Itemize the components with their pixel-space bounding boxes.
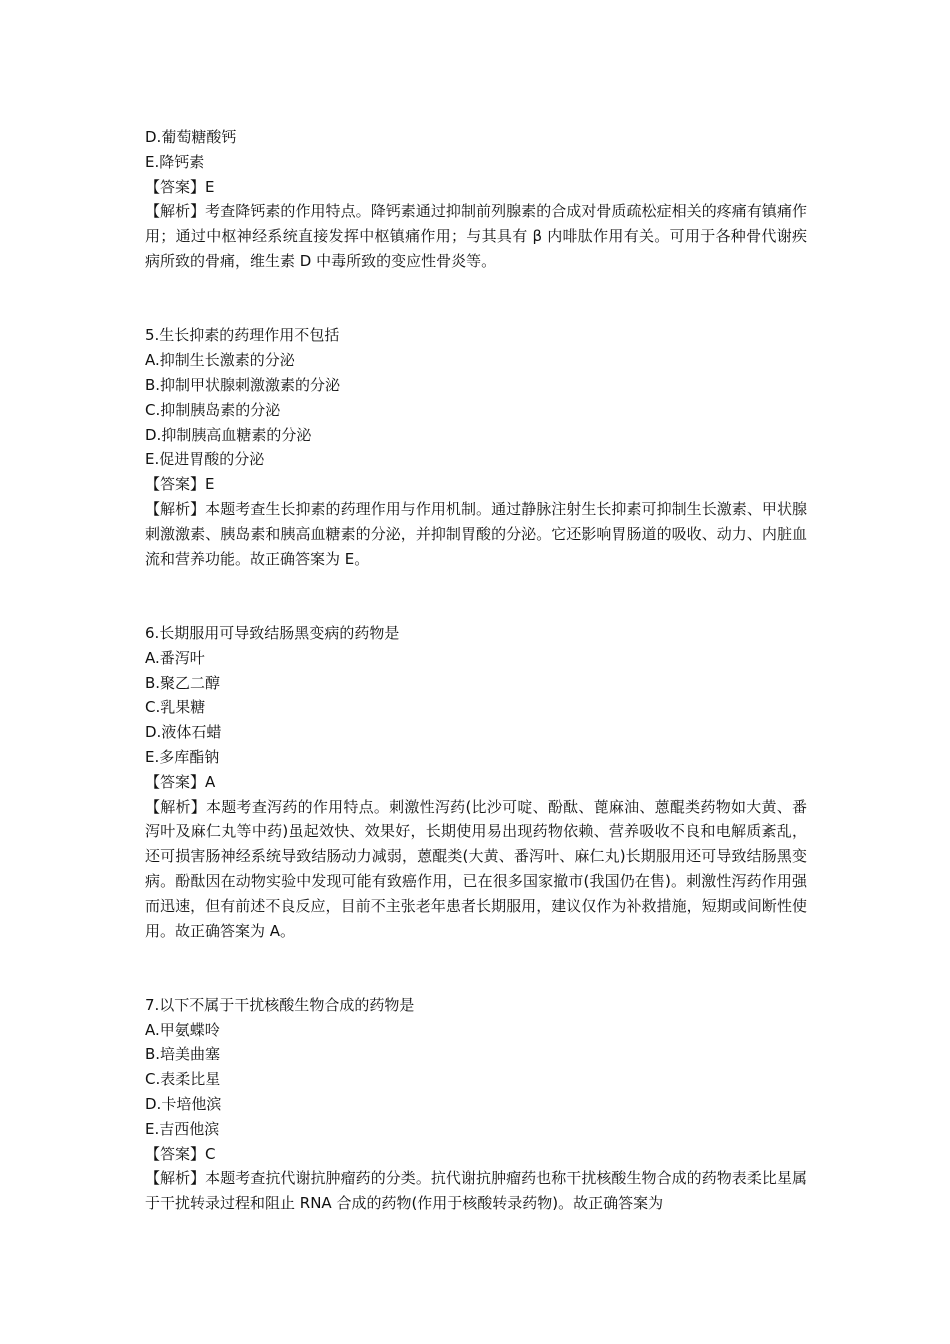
option-e: E.降钙素: [145, 150, 807, 175]
analysis: 【解析】本题考查生长抑素的药理作用与作用机制。通过静脉注射生长抑素可抑制生长激素…: [145, 497, 807, 571]
option-b: B.聚乙二醇: [145, 671, 807, 696]
question-block-6: 6.长期服用可导致结肠黑变病的药物是 A.番泻叶 B.聚乙二醇 C.乳果糖 D.…: [145, 621, 807, 943]
question-block-7: 7.以下不属于干扰核酸生物合成的药物是 A.甲氨蝶呤 B.培美曲塞 C.表柔比星…: [145, 993, 807, 1216]
option-b: B.抑制甲状腺刺激激素的分泌: [145, 373, 807, 398]
option-a: A.番泻叶: [145, 646, 807, 671]
analysis: 【解析】考查降钙素的作用特点。降钙素通过抑制前列腺素的合成对骨质疏松症相关的疼痛…: [145, 199, 807, 273]
question-stem: 6.长期服用可导致结肠黑变病的药物是: [145, 621, 807, 646]
option-d: D.卡培他滨: [145, 1092, 807, 1117]
analysis: 【解析】本题考查抗代谢抗肿瘤药的分类。抗代谢抗肿瘤药也称干扰核酸生物合成的药物表…: [145, 1166, 807, 1216]
option-a: A.抑制生长激素的分泌: [145, 348, 807, 373]
question-block-5: 5.生长抑素的药理作用不包括 A.抑制生长激素的分泌 B.抑制甲状腺刺激激素的分…: [145, 323, 807, 571]
question-stem: 7.以下不属于干扰核酸生物合成的药物是: [145, 993, 807, 1018]
answer: 【答案】C: [145, 1142, 807, 1167]
option-c: C.乳果糖: [145, 695, 807, 720]
option-b: B.培美曲塞: [145, 1042, 807, 1067]
analysis: 【解析】本题考查泻药的作用特点。刺激性泻药(比沙可啶、酚酞、蓖麻油、蒽醌类药物如…: [145, 795, 807, 944]
option-a: A.甲氨蝶呤: [145, 1018, 807, 1043]
option-d: D.液体石蜡: [145, 720, 807, 745]
question-stem: 5.生长抑素的药理作用不包括: [145, 323, 807, 348]
option-c: C.表柔比星: [145, 1067, 807, 1092]
option-e: E.促进胃酸的分泌: [145, 447, 807, 472]
spacer: [145, 274, 807, 324]
option-d: D.抑制胰高血糖素的分泌: [145, 423, 807, 448]
answer: 【答案】E: [145, 472, 807, 497]
answer: 【答案】A: [145, 770, 807, 795]
answer: 【答案】E: [145, 175, 807, 200]
option-e: E.吉西他滨: [145, 1117, 807, 1142]
option-c: C.抑制胰岛素的分泌: [145, 398, 807, 423]
document-page: D.葡萄糖酸钙 E.降钙素 【答案】E 【解析】考查降钙素的作用特点。降钙素通过…: [145, 125, 807, 1216]
spacer: [145, 571, 807, 621]
spacer: [145, 943, 807, 993]
option-d: D.葡萄糖酸钙: [145, 125, 807, 150]
option-e: E.多库酯钠: [145, 745, 807, 770]
question-block-4: D.葡萄糖酸钙 E.降钙素 【答案】E 【解析】考查降钙素的作用特点。降钙素通过…: [145, 125, 807, 274]
